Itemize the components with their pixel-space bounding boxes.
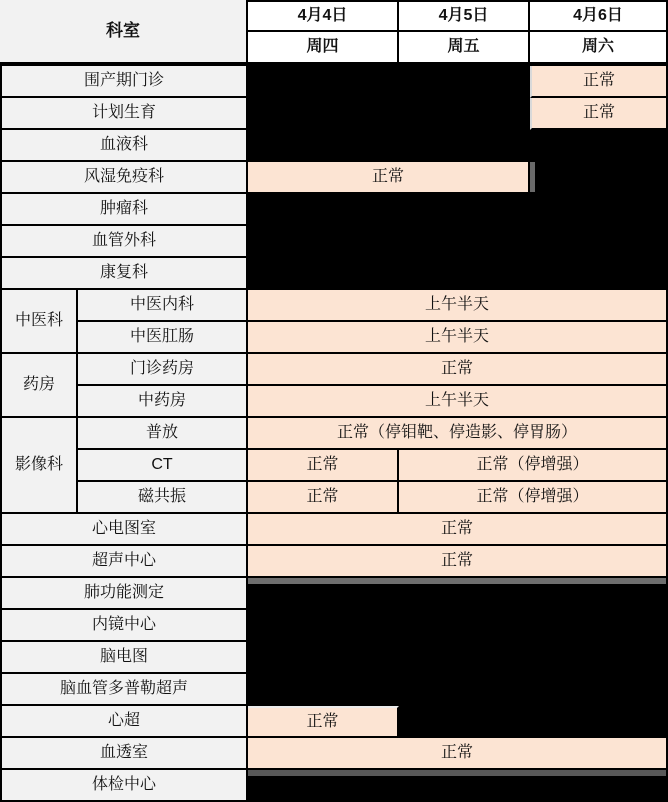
header-date-sat: 4月6日 — [530, 0, 668, 32]
dept-label-cell: 磁共振 — [78, 482, 248, 514]
dept-label-cell: 血透室 — [0, 738, 248, 770]
status-cell: 正常 — [530, 98, 668, 130]
status-cell: 正常（停增强） — [399, 450, 668, 482]
header-date-thu: 4月4日 — [248, 0, 399, 32]
table-row: 影像科 普放 正常（停钼靶、停造影、停胃肠） — [0, 418, 668, 450]
closed-cell — [248, 194, 668, 226]
header-weekday-thu: 周四 — [248, 32, 399, 66]
table-row: 超声中心 正常 — [0, 546, 668, 578]
table-row: 体检中心 — [0, 770, 668, 802]
dept-label-cell: 内镜中心 — [0, 610, 248, 642]
table-row: 康复科 — [0, 258, 668, 290]
table-row: 血透室 正常 — [0, 738, 668, 770]
dept-label-cell: 风湿免疫科 — [0, 162, 248, 194]
status-cell: 正常 — [248, 514, 668, 546]
closed-cell — [248, 578, 668, 610]
dept-label-cell: 血管外科 — [0, 226, 248, 258]
table-row: 中药房 上午半天 — [0, 386, 668, 418]
dept-label-cell: 心电图室 — [0, 514, 248, 546]
header-dept-cell: 科室 — [0, 0, 248, 66]
table-row: 血液科 — [0, 130, 668, 162]
dept-label-cell: 脑血管多普勒超声 — [0, 674, 248, 706]
status-cell: 正常 — [248, 706, 399, 738]
closed-cell — [248, 674, 668, 706]
status-cell: 正常 — [248, 450, 399, 482]
dept-label-cell: 中医肛肠 — [78, 322, 248, 354]
dept-label-cell: 体检中心 — [0, 770, 248, 802]
header-date-fri: 4月5日 — [399, 0, 530, 32]
dept-label-cell: 普放 — [78, 418, 248, 450]
table-row: 心电图室 正常 — [0, 514, 668, 546]
table-row: 心超 正常 — [0, 706, 668, 738]
dept-label-cell: 超声中心 — [0, 546, 248, 578]
status-cell: 上午半天 — [248, 290, 668, 322]
status-cell: 正常（停钼靶、停造影、停胃肠） — [248, 418, 668, 450]
table-row: 中医肛肠 上午半天 — [0, 322, 668, 354]
dept-label-cell: 心超 — [0, 706, 248, 738]
status-cell: 正常 — [248, 482, 399, 514]
table-row: 围产期门诊 正常 — [0, 66, 668, 98]
table-row: 风湿免疫科 正常 — [0, 162, 668, 194]
table-row: 中医科 中医内科 上午半天 — [0, 290, 668, 322]
status-cell: 上午半天 — [248, 386, 668, 418]
table-row: 磁共振 正常 正常（停增强） — [0, 482, 668, 514]
table-row: 计划生育 正常 — [0, 98, 668, 130]
schedule-table: 科室 4月4日 4月5日 4月6日 周四 周五 周六 围产期门诊 正常 计划生育… — [0, 0, 668, 802]
status-cell: 正常 — [248, 546, 668, 578]
closed-cell — [248, 610, 668, 642]
table-row: 药房 门诊药房 正常 — [0, 354, 668, 386]
dept-label-cell: 计划生育 — [0, 98, 248, 130]
closed-cell — [248, 770, 668, 802]
closed-cell — [248, 226, 668, 258]
table-row: CT 正常 正常（停增强） — [0, 450, 668, 482]
closed-cell — [248, 642, 668, 674]
closed-cell — [248, 98, 530, 130]
status-cell: 正常 — [248, 738, 668, 770]
dept-label-cell: 中药房 — [78, 386, 248, 418]
dept-label-cell: 肺功能测定 — [0, 578, 248, 610]
dept-label-cell: 康复科 — [0, 258, 248, 290]
header-weekday-fri: 周五 — [399, 32, 530, 66]
dept-label-cell: 围产期门诊 — [0, 66, 248, 98]
table-row: 血管外科 — [0, 226, 668, 258]
table-row: 脑电图 — [0, 642, 668, 674]
table-row: 内镜中心 — [0, 610, 668, 642]
dept-label-cell: 血液科 — [0, 130, 248, 162]
dept-label-cell: CT — [78, 450, 248, 482]
dept-label-cell: 中医内科 — [78, 290, 248, 322]
table-row: 肿瘤科 — [0, 194, 668, 226]
status-cell: 正常 — [530, 66, 668, 98]
header-row-dates: 科室 4月4日 4月5日 4月6日 — [0, 0, 668, 32]
dept-group-cell: 药房 — [0, 354, 78, 418]
dept-group-cell: 影像科 — [0, 418, 78, 514]
header-weekday-sat: 周六 — [530, 32, 668, 66]
dept-label-cell: 门诊药房 — [78, 354, 248, 386]
dept-label-cell: 肿瘤科 — [0, 194, 248, 226]
status-cell: 上午半天 — [248, 322, 668, 354]
table-row: 肺功能测定 — [0, 578, 668, 610]
status-cell: 正常 — [248, 354, 668, 386]
table-row: 脑血管多普勒超声 — [0, 674, 668, 706]
closed-cell — [248, 66, 530, 98]
closed-cell — [248, 130, 668, 162]
schedule-page: 科室 4月4日 4月5日 4月6日 周四 周五 周六 围产期门诊 正常 计划生育… — [0, 0, 668, 802]
dept-group-cell: 中医科 — [0, 290, 78, 354]
dept-label-cell: 脑电图 — [0, 642, 248, 674]
status-cell: 正常（停增强） — [399, 482, 668, 514]
status-cell: 正常 — [248, 162, 530, 194]
closed-cell — [399, 706, 668, 738]
closed-cell — [248, 258, 668, 290]
closed-cell — [530, 162, 668, 194]
